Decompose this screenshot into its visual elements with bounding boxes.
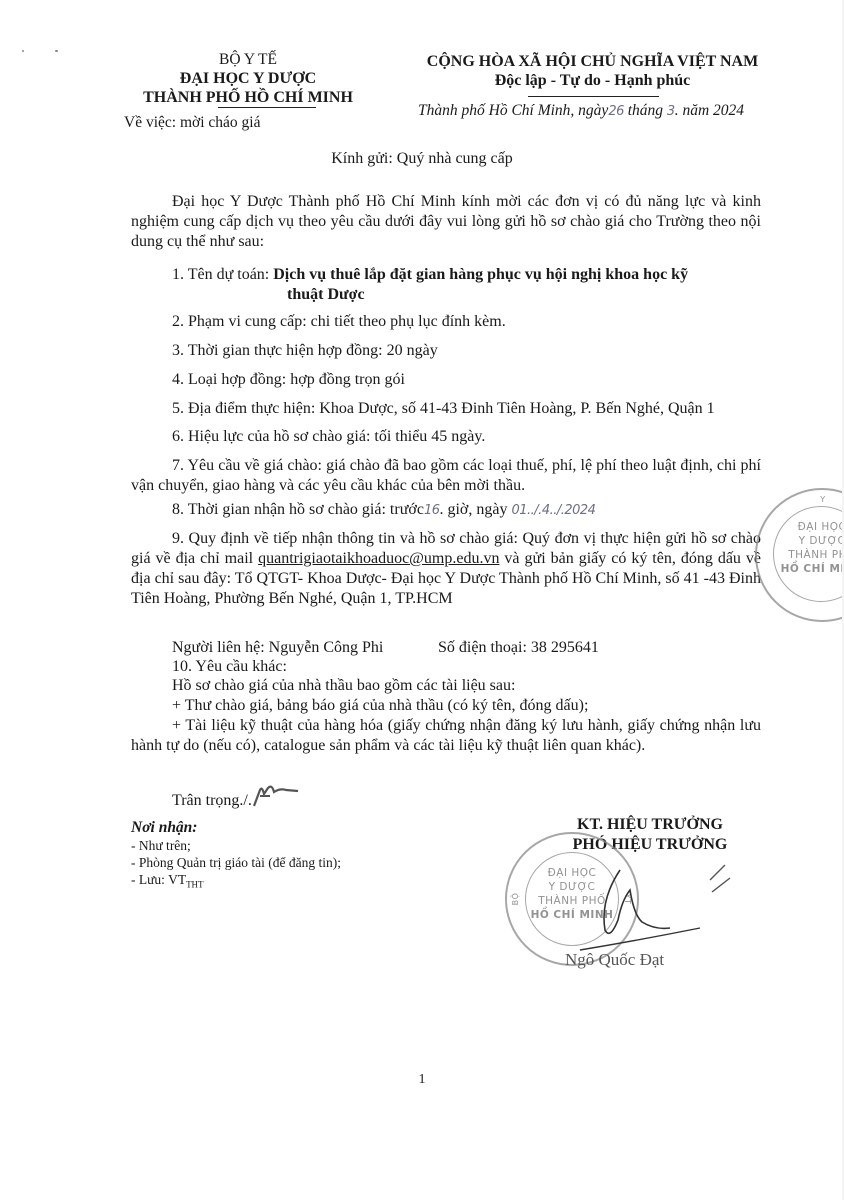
scan-mark [55, 50, 58, 52]
closing: Trân trọng./. [172, 791, 252, 811]
handwritten-month: 3 [667, 104, 675, 119]
signer-name: Ngô Quốc Đạt [565, 950, 664, 970]
seal-line3: THÀNH PHỐ [777, 548, 844, 562]
recipients-title: Nơi nhận: [131, 818, 341, 837]
motto-underline [528, 96, 659, 97]
submission-email-link[interactable]: quantrigiaotaikhoaduoc@ump.edu.vn [258, 550, 499, 567]
seal-line2: Y DƯỢC [777, 534, 844, 548]
intro-paragraph: Đại học Y Dược Thành phố Hồ Chí Minh kín… [131, 192, 761, 252]
initials-signature [250, 782, 300, 810]
item-8-prefix: 8. Thời gian nhận hồ sơ chào giá: trước [172, 501, 424, 518]
item-10-b: + Tài liệu kỹ thuật của hàng hóa (giấy c… [131, 716, 761, 756]
item-8: 8. Thời gian nhận hồ sơ chào giá: trước1… [172, 500, 595, 521]
date-year: . năm 2024 [675, 102, 744, 119]
item-7: 7. Yêu cầu về giá chào: giá chào đã bao … [131, 456, 761, 496]
seal-line1: ĐẠI HỌC [777, 520, 844, 534]
date-prefix: Thành phố Hồ Chí Minh, ngày [418, 102, 608, 119]
issuing-agency-block: BỘ Y TẾ ĐẠI HỌC Y DƯỢC THÀNH PHỐ HỒ CHÍ … [118, 50, 378, 107]
recipient-3: - Lưu: VTTHT [131, 871, 341, 894]
recipient-3-prefix: - Lưu: VT [131, 872, 186, 887]
org-name-line2: THÀNH PHỐ HỒ CHÍ MINH [118, 88, 378, 107]
item-8-mid: . giờ, ngày [439, 501, 511, 518]
overlap-seal-partial: Y ĐẠI HỌC Y DƯỢC THÀNH PHỐ HỒ CHÍ MINH [755, 488, 844, 622]
seal-top: Y [793, 493, 844, 507]
item-10: 10. Yêu cầu khác: [172, 657, 287, 677]
item-6: 6. Hiệu lực của hồ sơ chào giá: tối thiể… [172, 427, 485, 447]
item-5: 5. Địa điểm thực hiện: Khoa Dược, số 41-… [172, 399, 715, 419]
item-2: 2. Phạm vi cung cấp: chi tiết theo phụ l… [172, 312, 506, 332]
salutation: Kính gửi: Quý nhà cung cấp [0, 150, 844, 168]
recipient-2: - Phòng Quản trị giáo tài (để đăng tin); [131, 854, 341, 871]
item-1-value-cont: thuật Dược [287, 285, 365, 305]
item-1-value: Dịch vụ thuê lắp đặt gian hàng phục vụ h… [273, 266, 688, 283]
country-name: CỘNG HÒA XÃ HỘI CHỦ NGHĨA VIỆT NAM [405, 52, 780, 71]
recipient-1: - Như trên; [131, 837, 341, 854]
item-1: 1. Tên dự toán: Dịch vụ thuê lắp đặt gia… [172, 265, 688, 285]
handwritten-date: 01../.4../.2024 [512, 503, 596, 518]
item-9: 9. Quy định về tiếp nhận thông tin và hồ… [131, 529, 761, 609]
header-left-underline [218, 107, 316, 108]
handwritten-hour: 16 [424, 503, 440, 518]
seal-line4: HỒ CHÍ MINH [777, 562, 844, 576]
item-10-a: + Thư chào giá, bảng báo giá của nhà thầ… [172, 696, 588, 716]
recipient-3-sub: THT [186, 880, 204, 890]
contact-phone: Số điện thoại: 38 295641 [438, 638, 599, 658]
item-10-intro: Hồ sơ chào giá của nhà thầu bao gồm các … [172, 676, 515, 696]
ministry-name: BỘ Y TẾ [118, 50, 378, 69]
item-4: 4. Loại hợp đồng: hợp đồng trọn gói [172, 370, 405, 390]
motto: Độc lập - Tự do - Hạnh phúc [405, 71, 780, 90]
org-name-line1: ĐẠI HỌC Y DƯỢC [118, 69, 378, 88]
date-line: Thành phố Hồ Chí Minh, ngày26 tháng 3. n… [418, 102, 744, 120]
scan-mark [22, 50, 24, 52]
stamp-side-left: BỘ [509, 892, 523, 906]
contact-person: Người liên hệ: Nguyễn Công Phi [172, 638, 383, 658]
item-3: 3. Thời gian thực hiện hợp đồng: 20 ngày [172, 341, 438, 361]
page-number: 1 [0, 1072, 844, 1088]
date-month-label: tháng [628, 102, 663, 119]
document-subject: Về việc: mời cháo giá [124, 114, 260, 132]
handwritten-day: 26 [608, 104, 624, 119]
recipients-block: Nơi nhận: - Như trên; - Phòng Quản trị g… [131, 818, 341, 894]
national-motto-block: CỘNG HÒA XÃ HỘI CHỦ NGHĨA VIỆT NAM Độc l… [405, 52, 780, 90]
item-1-label: 1. Tên dự toán: [172, 266, 273, 283]
